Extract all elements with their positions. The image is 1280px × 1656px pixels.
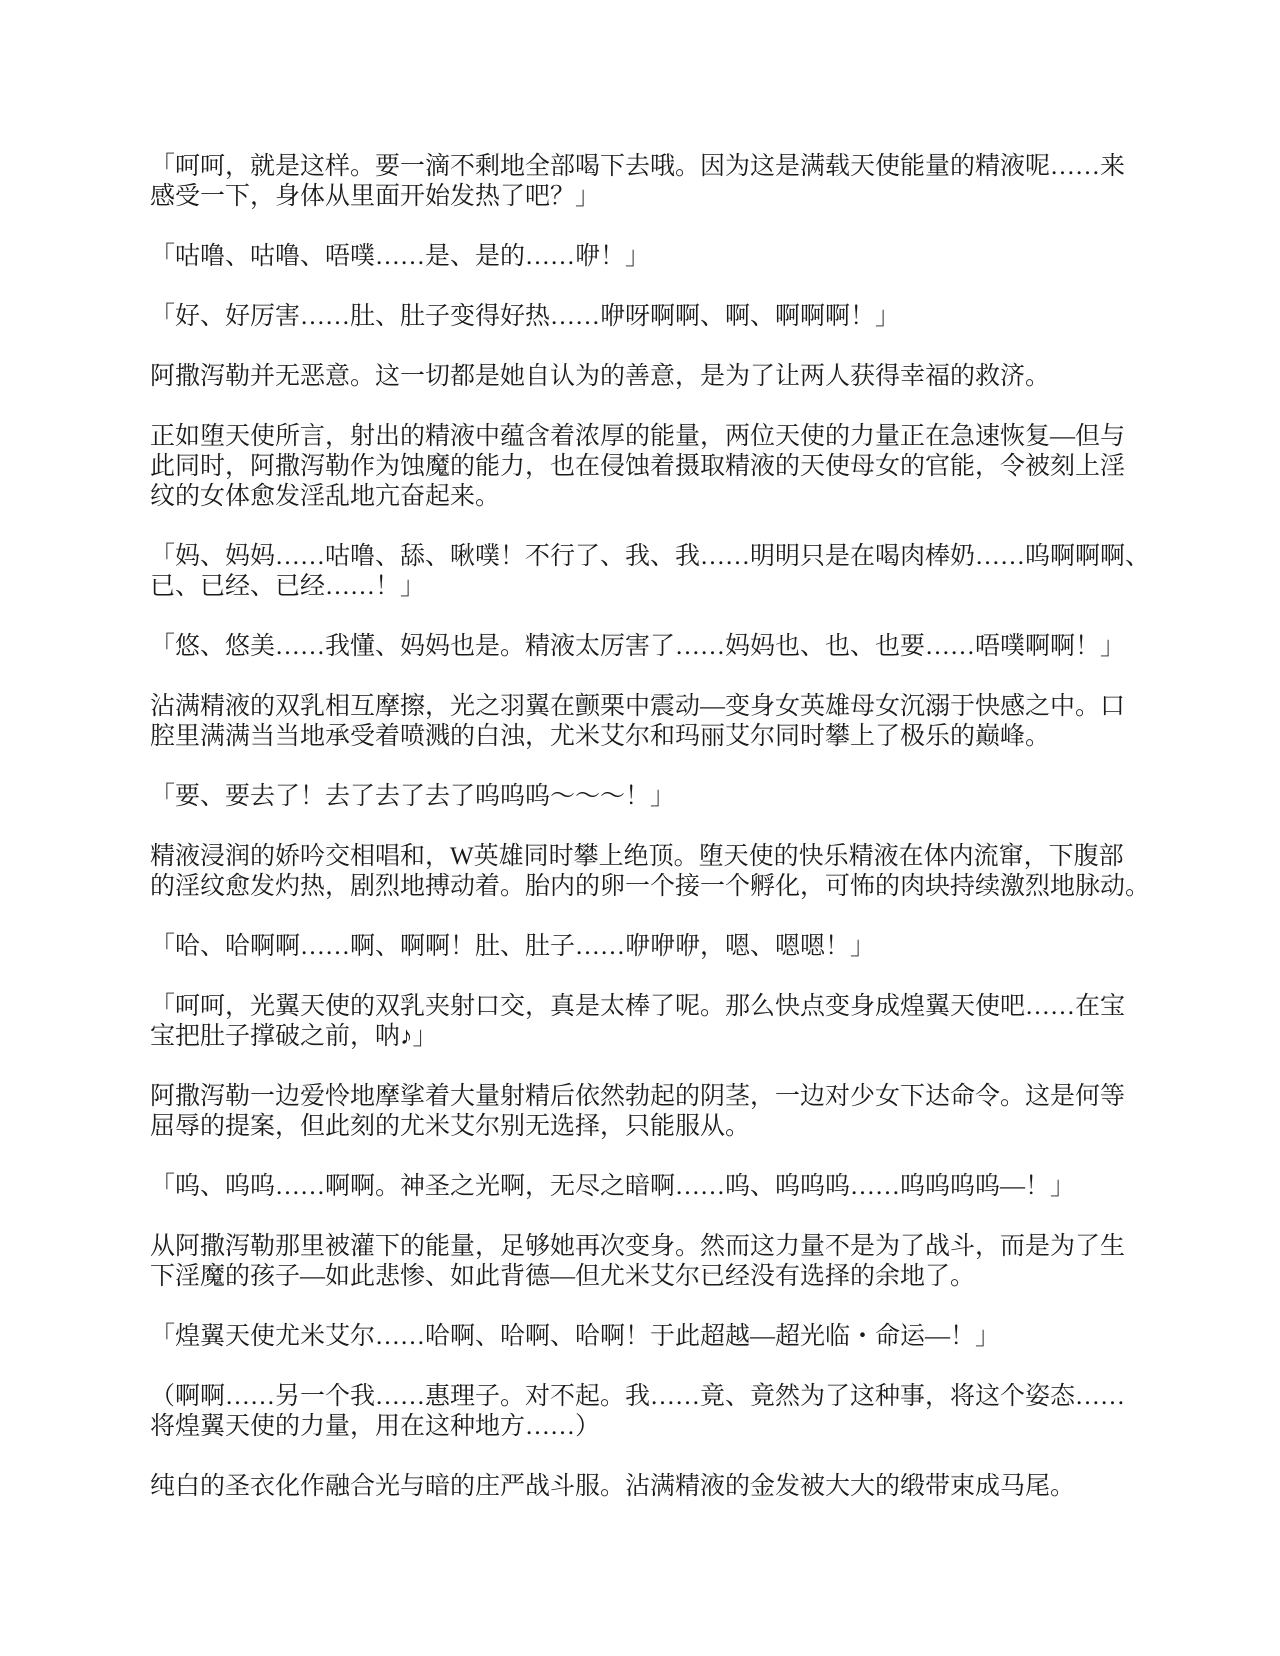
text-line: 「好、好厉害……肚、肚子变得好热……咿呀啊啊、啊、啊啊啊！」 [150, 302, 1155, 332]
text-line: 的淫纹愈发灼热，剧烈地搏动着。胎内的卵一个接一个孵化，可怖的肉块持续激烈地脉动。 [150, 872, 1155, 902]
text-line: 「哈、哈啊啊……啊、啊啊！肚、肚子……咿咿咿，嗯、嗯嗯！」 [150, 932, 1155, 962]
text-line: 屈辱的提案，但此刻的尤米艾尔别无选择，只能服从。 [150, 1112, 1155, 1142]
text-line: 沾满精液的双乳相互摩擦，光之羽翼在颤栗中震动—变身女英雄母女沉溺于快感之中。口 [150, 692, 1155, 722]
text-line: 宝把肚子撑破之前，呐♪」 [150, 1022, 1155, 1052]
paragraph: 「哈、哈啊啊……啊、啊啊！肚、肚子……咿咿咿，嗯、嗯嗯！」 [150, 932, 1155, 962]
paragraph: 阿撒泻勒一边爱怜地摩挲着大量射精后依然勃起的阴茎，一边对少女下达命令。这是何等屈… [150, 1082, 1155, 1142]
paragraph: 沾满精液的双乳相互摩擦，光之羽翼在颤栗中震动—变身女英雄母女沉溺于快感之中。口腔… [150, 692, 1155, 752]
text-line: 此同时，阿撒泻勒作为蚀魔的能力，也在侵蚀着摄取精液的天使母女的官能，令被刻上淫 [150, 452, 1155, 482]
text-line: 正如堕天使所言，射出的精液中蕴含着浓厚的能量，两位天使的力量正在急速恢复—但与 [150, 422, 1155, 452]
text-line: 「妈、妈妈……咕噜、舔、啾噗！不行了、我、我……明明只是在喝肉棒奶……呜啊啊啊、 [150, 542, 1155, 572]
text-line: 「呵呵，就是这样。要一滴不剩地全部喝下去哦。因为这是满载天使能量的精液呢……来 [150, 152, 1155, 182]
paragraph: 「妈、妈妈……咕噜、舔、啾噗！不行了、我、我……明明只是在喝肉棒奶……呜啊啊啊、… [150, 542, 1155, 602]
text-line: （啊啊……另一个我……惠理子。对不起。我……竟、竟然为了这种事，将这个姿态…… [150, 1382, 1155, 1412]
text-line: 将煌翼天使的力量，用在这种地方……） [150, 1412, 1155, 1442]
text-line: 已、已经、已经……！」 [150, 572, 1155, 602]
text-line: 「呵呵，光翼天使的双乳夹射口交，真是太棒了呢。那么快点变身成煌翼天使吧……在宝 [150, 992, 1155, 1022]
text-line: 纯白的圣衣化作融合光与暗的庄严战斗服。沾满精液的金发被大大的缎带束成马尾。 [150, 1472, 1155, 1502]
paragraph: 「煌翼天使尤米艾尔……哈啊、哈啊、哈啊！于此超越—超光临・命运—！」 [150, 1322, 1155, 1352]
text-line: 「呜、呜呜……啊啊。神圣之光啊，无尽之暗啊……呜、呜呜呜……呜呜呜呜—！」 [150, 1172, 1155, 1202]
text-line: 「煌翼天使尤米艾尔……哈啊、哈啊、哈啊！于此超越—超光临・命运—！」 [150, 1322, 1155, 1352]
paragraph: 「悠、悠美……我懂、妈妈也是。精液太厉害了……妈妈也、也、也要……唔噗啊啊！」 [150, 632, 1155, 662]
text-line: 腔里满满当当地承受着喷溅的白浊，尤米艾尔和玛丽艾尔同时攀上了极乐的巅峰。 [150, 722, 1155, 752]
paragraph: 「好、好厉害……肚、肚子变得好热……咿呀啊啊、啊、啊啊啊！」 [150, 302, 1155, 332]
paragraph: 纯白的圣衣化作融合光与暗的庄严战斗服。沾满精液的金发被大大的缎带束成马尾。 [150, 1472, 1155, 1502]
text-line: 「咕噜、咕噜、唔噗……是、是的……咿！」 [150, 242, 1155, 272]
paragraph: 「呵呵，光翼天使的双乳夹射口交，真是太棒了呢。那么快点变身成煌翼天使吧……在宝宝… [150, 992, 1155, 1052]
paragraph: 「咕噜、咕噜、唔噗……是、是的……咿！」 [150, 242, 1155, 272]
novel-page: 「呵呵，就是这样。要一滴不剩地全部喝下去哦。因为这是满载天使能量的精液呢……来感… [0, 0, 1280, 1656]
paragraph: 「呵呵，就是这样。要一滴不剩地全部喝下去哦。因为这是满载天使能量的精液呢……来感… [150, 152, 1155, 212]
text-line: 下淫魔的孩子—如此悲惨、如此背德—但尤米艾尔已经没有选择的余地了。 [150, 1262, 1155, 1292]
text-line: 阿撒泻勒一边爱怜地摩挲着大量射精后依然勃起的阴茎，一边对少女下达命令。这是何等 [150, 1082, 1155, 1112]
text-line: 精液浸润的娇吟交相唱和，W英雄同时攀上绝顶。堕天使的快乐精液在体内流窜，下腹部 [150, 842, 1155, 872]
text-line: 纹的女体愈发淫乱地亢奋起来。 [150, 482, 1155, 512]
paragraph: 「呜、呜呜……啊啊。神圣之光啊，无尽之暗啊……呜、呜呜呜……呜呜呜呜—！」 [150, 1172, 1155, 1202]
paragraph: 「要、要去了！去了去了去了呜呜呜～～～！」 [150, 782, 1155, 812]
story-text: 「呵呵，就是这样。要一滴不剩地全部喝下去哦。因为这是满载天使能量的精液呢……来感… [150, 152, 1155, 1532]
paragraph: 阿撒泻勒并无恶意。这一切都是她自认为的善意，是为了让两人获得幸福的救济。 [150, 362, 1155, 392]
paragraph: （啊啊……另一个我……惠理子。对不起。我……竟、竟然为了这种事，将这个姿态……将… [150, 1382, 1155, 1442]
paragraph: 正如堕天使所言，射出的精液中蕴含着浓厚的能量，两位天使的力量正在急速恢复—但与此… [150, 422, 1155, 512]
text-line: 「要、要去了！去了去了去了呜呜呜～～～！」 [150, 782, 1155, 812]
text-line: 阿撒泻勒并无恶意。这一切都是她自认为的善意，是为了让两人获得幸福的救济。 [150, 362, 1155, 392]
paragraph: 精液浸润的娇吟交相唱和，W英雄同时攀上绝顶。堕天使的快乐精液在体内流窜，下腹部的… [150, 842, 1155, 902]
paragraph: 从阿撒泻勒那里被灌下的能量，足够她再次变身。然而这力量不是为了战斗，而是为了生下… [150, 1232, 1155, 1292]
text-line: 从阿撒泻勒那里被灌下的能量，足够她再次变身。然而这力量不是为了战斗，而是为了生 [150, 1232, 1155, 1262]
text-line: 感受一下，身体从里面开始发热了吧？」 [150, 182, 1155, 212]
text-line: 「悠、悠美……我懂、妈妈也是。精液太厉害了……妈妈也、也、也要……唔噗啊啊！」 [150, 632, 1155, 662]
